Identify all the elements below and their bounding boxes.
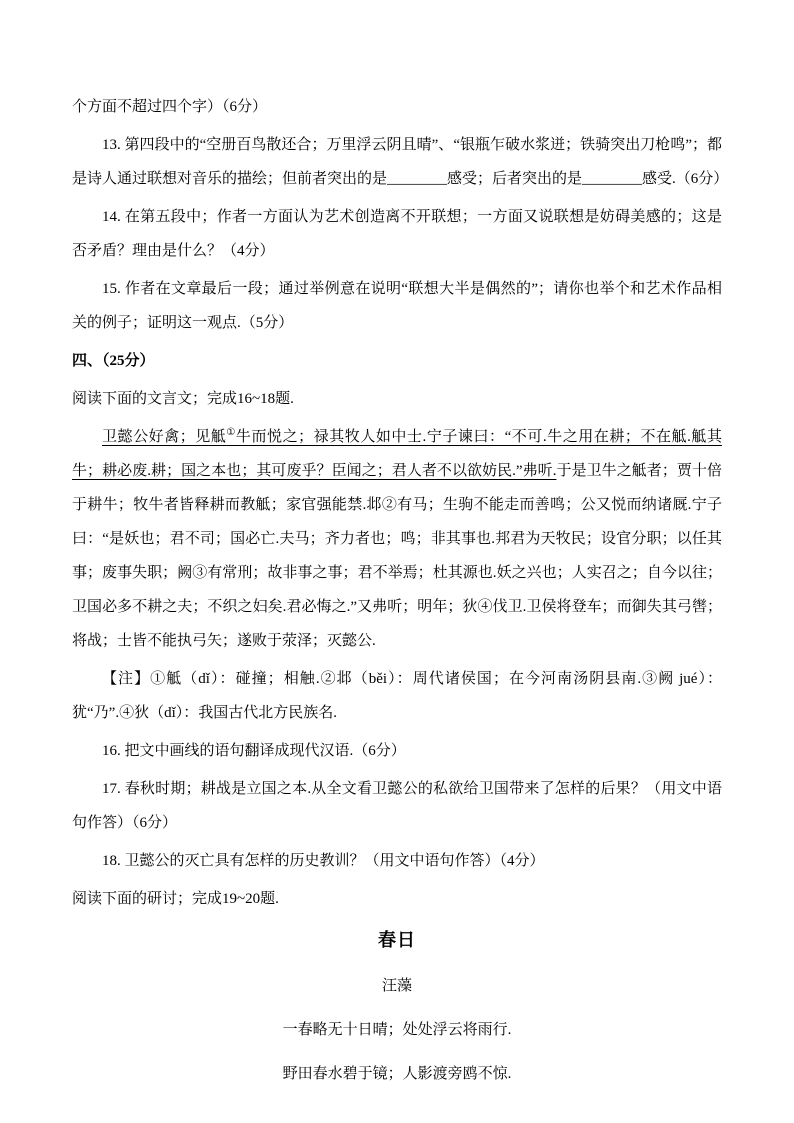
section-four-heading: 四、（25分） xyxy=(72,344,722,378)
footnotes: 【注】①觝（dǐ）：碰撞；相触.②邶（běi）：周代诸侯国；在今河南汤阴县南.③… xyxy=(72,662,722,730)
classical-passage: 卫懿公好禽；见觝①牛而悦之；禄其牧人如中士.宁子谏曰：“不可.牛之用在耕；不在觝… xyxy=(72,420,722,658)
document-page: 个方面不超过四个字）（6分） 13. 第四段中的“空册百鸟散还合；万里浮云阴且晴… xyxy=(0,0,794,1123)
question-18: 18. 卫懿公的灭亡具有怎样的历史教训？（用文中语句作答）（4分） xyxy=(72,844,722,878)
poem-block: 春日 汪藻 一春略无十日晴；处处浮云将雨行. 野田春水碧于镜；人影渡旁鸥不惊. xyxy=(72,920,722,1094)
question-14: 14. 在第五段中；作者一方面认为艺术创造离不开联想；一方面又说联想是妨碍美感的… xyxy=(72,200,722,268)
poem-line-2: 野田春水碧于镜；人影渡旁鸥不惊. xyxy=(72,1054,722,1094)
poem-author: 汪藻 xyxy=(72,966,722,1006)
reading-instruction-poem: 阅读下面的研讨；完成19~20题. xyxy=(72,882,722,916)
poem-line-1: 一春略无十日晴；处处浮云将雨行. xyxy=(72,1010,722,1050)
reading-instruction-classical: 阅读下面的文言文；完成16~18题. xyxy=(72,382,722,416)
poem-title-line: 春日 xyxy=(72,920,722,962)
underlined-passage-start: 卫懿公好禽；见觝 xyxy=(102,429,226,445)
question-17: 17. 春秋时期；耕战是立国之本.从全文看卫懿公的私欲给卫国带来了怎样的后果？（… xyxy=(72,772,722,840)
question-16: 16. 把文中画线的语句翻译成现代汉语.（6分） xyxy=(72,734,722,768)
poem-title: 春日 xyxy=(378,930,416,950)
question-15: 15. 作者在文章最后一段；通过举例意在说明“联想大半是偶然的”；请你也举个和艺… xyxy=(72,272,722,340)
classical-passage-rest: 于是卫牛之觝者；贾十倍于耕牛；牧牛者皆释耕而教觝；家官强能禁.邶②有马；生驹不能… xyxy=(72,463,722,649)
q12-continuation-line: 个方面不超过四个字）（6分） xyxy=(72,90,722,124)
question-13: 13. 第四段中的“空册百鸟散还合；万里浮云阴且晴”、“银瓶乍破水浆迸；铁骑突出… xyxy=(72,128,722,196)
note-marker-1: ① xyxy=(226,427,236,438)
